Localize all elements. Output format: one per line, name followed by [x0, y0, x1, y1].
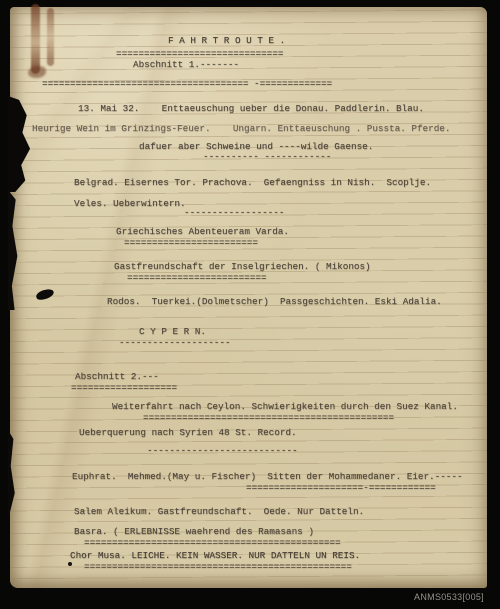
separator-line: -------------------- — [119, 338, 231, 348]
ink-stain-drip — [31, 4, 40, 74]
scanned-photo: F A H R T R O U T E . ==================… — [0, 0, 500, 609]
ink-stain-drip — [47, 8, 54, 66]
typed-line: Salem Aleikum. Gastfreundschaft. Oede. N… — [74, 507, 364, 517]
typed-line: Heurige Wein im Grinzings-Feuer. Ungarn.… — [32, 124, 450, 134]
typed-line: Rodos. Tuerkei.(Dolmetscher) Passgeschic… — [107, 297, 442, 307]
document-title: F A H R T R O U T E . — [168, 36, 285, 46]
separator-line: ======================== — [124, 238, 258, 248]
section-heading: Abschnitt 2.--- — [75, 372, 159, 382]
typed-line: Veles. Ueberwintern. — [74, 199, 186, 209]
typed-line: 13. Mai 32. Enttaeuschung ueber die Dona… — [78, 104, 424, 114]
separator-line: --------------------------- — [147, 446, 298, 456]
separator-line: ------------------ — [184, 208, 284, 218]
separator-line: ========================================… — [84, 538, 341, 548]
separator-line: ========================================… — [84, 562, 352, 572]
separator-line: =====================-============ — [246, 483, 436, 493]
typed-line: Chor Musa. LEICHE. KEIN WASSER. NUR DATT… — [70, 551, 360, 561]
ink-speck — [68, 562, 72, 566]
separator-line: ---------- ------------ — [203, 152, 331, 162]
typed-line: Gastfreundschaft der Inselgriechen. ( Mi… — [114, 262, 371, 272]
separator-line: ========================= — [127, 273, 266, 283]
typed-line: Basra. ( ERLEBNISSE waehrend des Ramasan… — [74, 527, 314, 537]
separator-line: ===================================== -=… — [42, 79, 332, 89]
subheading: C Y P E R N. — [139, 327, 206, 337]
separator-line: ============================== — [116, 49, 283, 59]
catalog-number: ANMS0533[005] — [414, 592, 484, 602]
typed-line: Ueberquerung nach Syrien 48 St. Record. — [79, 428, 297, 438]
typed-line: Belgrad. Eisernes Tor. Prachova. Gefaeng… — [74, 178, 431, 188]
typed-line: Griechisches Abenteueram Varda. — [116, 227, 289, 237]
typed-line: Weiterfahrt nach Ceylon. Schwierigkeiten… — [112, 402, 458, 412]
section-heading: Abschnitt 1.------- — [133, 60, 239, 70]
separator-line: ========================================… — [143, 413, 394, 423]
typed-line: Euphrat. Mehmed.(May u. Fischer) Sitten … — [72, 472, 463, 482]
separator-line: =================== — [71, 383, 177, 393]
